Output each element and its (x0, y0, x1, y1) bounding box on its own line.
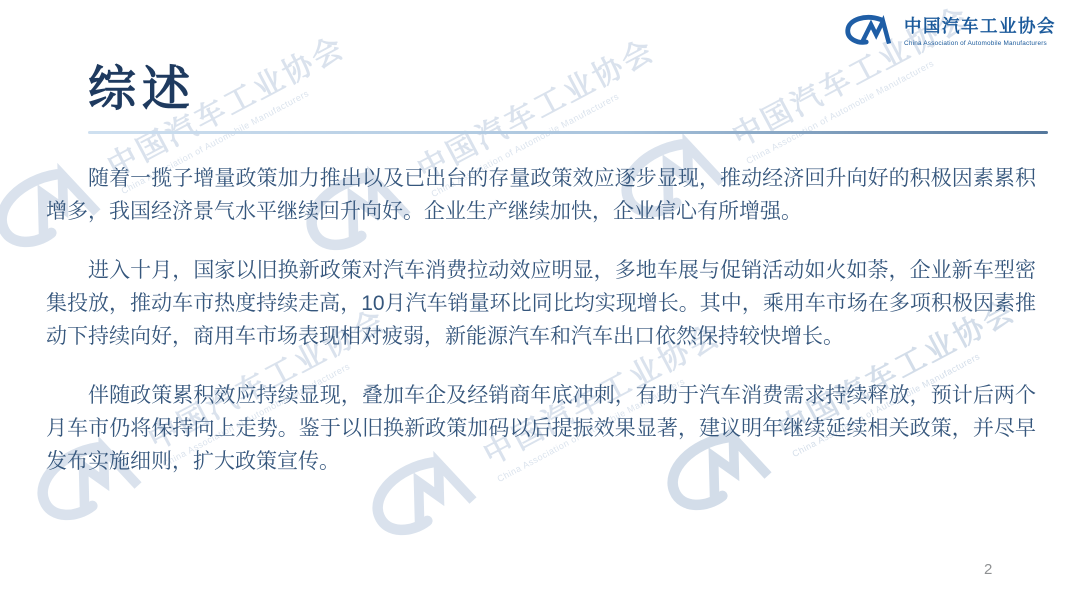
summary-content: 随着一揽子增量政策加力推出以及已出台的存量政策效应逐步显现，推动经济回升向好的积… (46, 162, 1036, 504)
slide: 中国汽车工业协会 China Association of Automobile… (0, 0, 1080, 607)
logo-name-cn: 中国汽车工业协会 (904, 13, 1056, 38)
caam-logo: 中国汽车工业协会 China Association of Automobile… (843, 13, 1056, 47)
caam-logo-icon (843, 13, 895, 47)
paragraph-2: 进入十月，国家以旧换新政策对汽车消费拉动效应明显，多地车展与促销活动如火如荼，企… (46, 254, 1036, 353)
watermark-text-en: China Association of Automobile Manufact… (745, 33, 983, 166)
paragraph-1: 随着一揽子增量政策加力推出以及已出台的存量政策效应逐步显现，推动经济回升向好的积… (46, 162, 1036, 228)
logo-name-en: China Association of Automobile Manufact… (904, 40, 1056, 47)
paragraph-3: 伴随政策累积效应持续显现，叠加车企及经销商年底冲刺，有助于汽车消费需求持续释放，… (46, 379, 1036, 478)
page-number: 2 (984, 561, 992, 578)
page-title: 综述 (88, 50, 196, 119)
title-divider (88, 131, 1048, 134)
